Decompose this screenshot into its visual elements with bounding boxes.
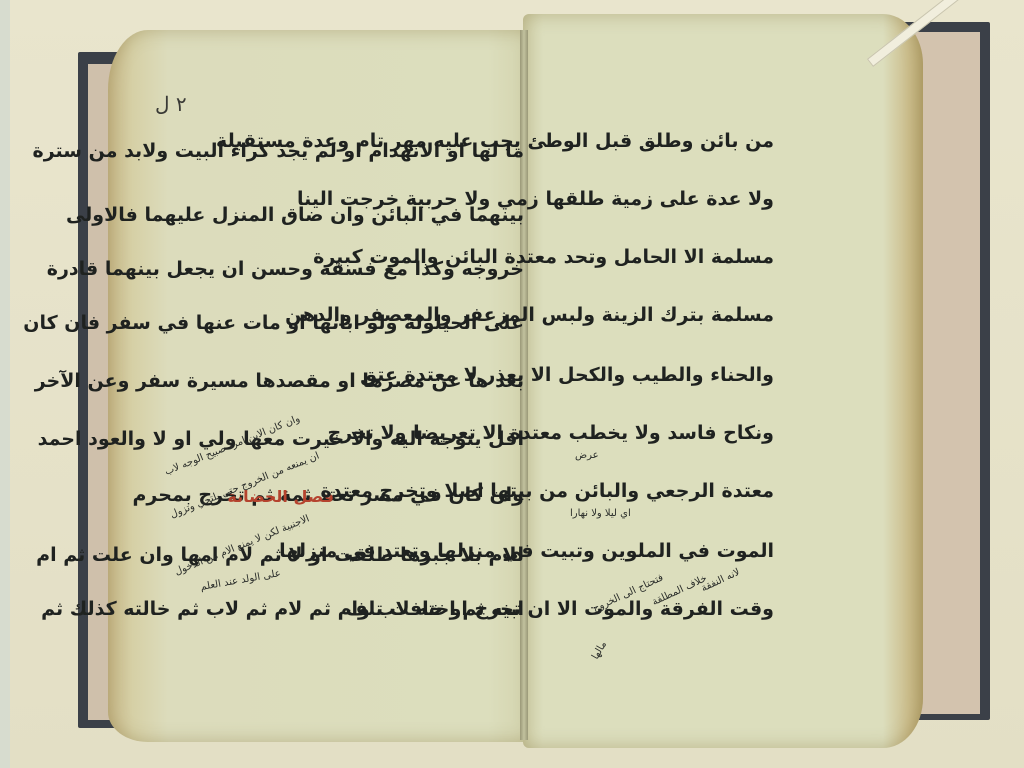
right-text-line: الموت في الملوين وتبيت في منزلها وتعتد ف… <box>279 540 774 562</box>
folio-number: ٢ ل <box>155 92 187 116</box>
right-text-line: مسلمة بترك الزينة ولبس المزعفر والمعصفر … <box>285 304 774 326</box>
right-text-line: مسلمة الا الحامل وتحد معتدة البائن والمو… <box>313 246 774 268</box>
right-text-line: والحناء والطيب والكحل الا بعذر لا معتدة … <box>360 364 774 386</box>
right-text-line: من بائن وطلق قبل الوطئ يجب عليه مهر تام … <box>216 130 774 152</box>
right-text-line: معتدة الرجعي والبائن من بيتها اصلا وتخرج… <box>321 480 775 502</box>
marginal-gloss: عرض <box>575 450 599 461</box>
right-text-line: وقت الفرقة والموت الا ان تخرج او خافت تل… <box>345 598 774 620</box>
right-text-line: ونكاح فاسد ولا يخطب معتدة الا تعريضا ولا… <box>328 422 774 444</box>
left-edge-strip <box>0 0 10 768</box>
marginal-gloss: اي ليلا ولا نهارا <box>570 508 631 519</box>
right-text-line: ولا عدة على زمية طلقها زمي ولا حربية خرج… <box>297 188 774 210</box>
